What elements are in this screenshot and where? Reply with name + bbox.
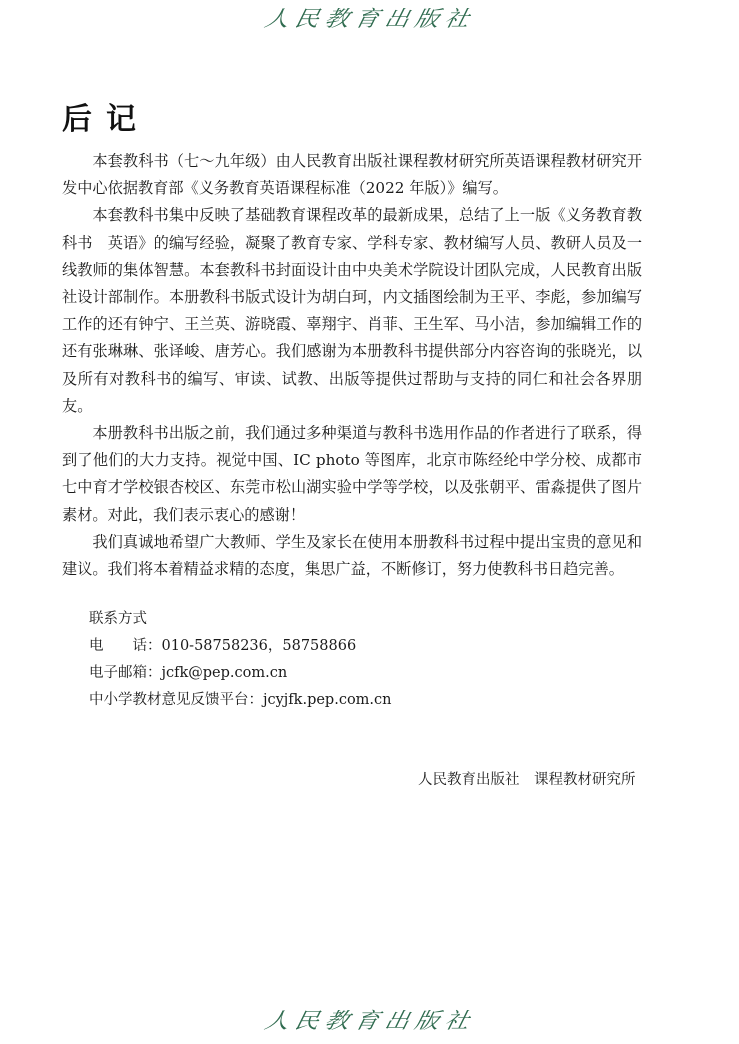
publisher-logo-top: 人民教育出版社 xyxy=(0,4,739,34)
paragraph-4: 我们真诚地希望广大教师、学生及家长在使用本册教科书过程中提出宝贵的意见和建议。我… xyxy=(62,529,642,583)
contact-info: 联系方式 电 话：010-58758236，58758866 电子邮箱：jcfk… xyxy=(89,606,392,714)
phone-value: 010-58758236，58758866 xyxy=(162,638,357,654)
phone-label: 电 话： xyxy=(89,638,162,654)
signature: 人民教育出版社 课程教材研究所 xyxy=(418,768,636,792)
publisher-logo-bottom: 人民教育出版社 xyxy=(0,1006,739,1036)
contact-feedback: 中小学教材意见反馈平台：jcyjfk.pep.com.cn xyxy=(89,687,392,714)
publisher-logo-text: 人民教育出版社 xyxy=(262,6,478,33)
paragraph-3: 本册教科书出版之前，我们通过多种渠道与教科书选用作品的作者进行了联系，得到了他们… xyxy=(62,420,642,529)
page-title: 后记 xyxy=(62,100,150,140)
email-value[interactable]: jcfk@pep.com.cn xyxy=(162,665,288,681)
contact-heading: 联系方式 xyxy=(89,606,392,633)
paragraph-2: 本套教科书集中反映了基础教育课程改革的最新成果，总结了上一版《义务教育教科书 英… xyxy=(62,202,642,420)
publisher-logo-text: 人民教育出版社 xyxy=(262,1008,478,1035)
email-label: 电子邮箱： xyxy=(89,665,162,681)
paragraph-1: 本套教科书（七～九年级）由人民教育出版社课程教材研究所英语课程教材研究开发中心依… xyxy=(62,148,642,202)
feedback-label: 中小学教材意见反馈平台： xyxy=(89,692,263,708)
contact-phone: 电 话：010-58758236，58758866 xyxy=(89,633,392,660)
afterword-body: 本套教科书（七～九年级）由人民教育出版社课程教材研究所英语课程教材研究开发中心依… xyxy=(62,148,642,583)
contact-email: 电子邮箱：jcfk@pep.com.cn xyxy=(89,660,392,687)
feedback-value[interactable]: jcyjfk.pep.com.cn xyxy=(263,692,392,708)
